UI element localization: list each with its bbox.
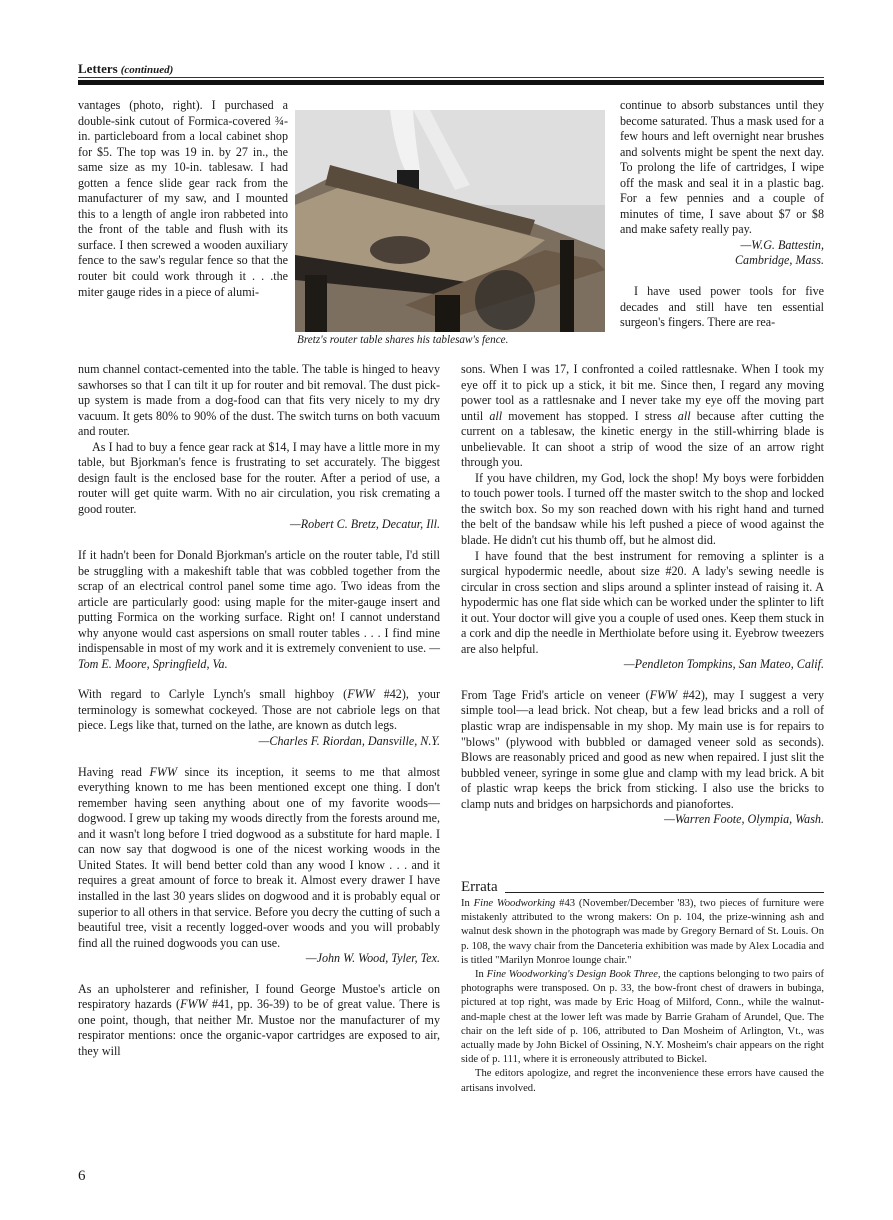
errata-rule bbox=[505, 892, 824, 893]
letter-wood: Having read FWW since its inception, it … bbox=[78, 765, 440, 952]
magazine-abbrev: FWW bbox=[180, 997, 208, 1011]
publication-title: Fine Woodworking bbox=[474, 898, 556, 909]
emphasis: all bbox=[678, 409, 691, 423]
letter-signature: —Pendleton Tompkins, San Mateo, Calif. bbox=[461, 657, 824, 673]
emphasis: all bbox=[489, 409, 502, 423]
errata-body: In Fine Woodworking #43 (November/Decemb… bbox=[461, 897, 824, 1096]
errata-text: In bbox=[475, 969, 487, 980]
letter-paragraph: vantages (photo, right). I purchased a d… bbox=[78, 98, 288, 300]
letter-body: From Tage Frid's article on veneer ( bbox=[461, 688, 650, 702]
magazine-abbrev: FWW bbox=[650, 688, 678, 702]
section-title: Letters bbox=[78, 61, 118, 76]
letter-foote: From Tage Frid's article on veneer (FWW … bbox=[461, 688, 824, 812]
router-table-image bbox=[295, 110, 605, 332]
photo-caption: Bretz's router table shares his tablesaw… bbox=[297, 334, 508, 346]
section-subtitle: (continued) bbox=[121, 64, 174, 76]
magazine-abbrev: FWW bbox=[347, 687, 375, 701]
page-number: 6 bbox=[78, 1168, 86, 1185]
letter-paragraph: I have found that the best instrument fo… bbox=[461, 549, 824, 658]
letter-battestin: As an upholsterer and refinisher, I foun… bbox=[78, 982, 440, 1060]
errata-heading: Errata bbox=[461, 879, 824, 896]
letter-signature: —W.G. Battestin, bbox=[620, 238, 824, 254]
right-column: sons. When I was 17, I confronted a coil… bbox=[461, 362, 824, 828]
letter-body: movement has stopped. I stress bbox=[502, 409, 678, 423]
letter-body: since its inception, it seems to me that… bbox=[78, 765, 440, 950]
running-header: Letters(continued) bbox=[78, 60, 824, 78]
letter-tompkins-p1: sons. When I was 17, I confronted a coil… bbox=[461, 362, 824, 471]
letter-battestin-continued: continue to absorb substances until they… bbox=[620, 98, 824, 331]
errata-paragraph: The editors apologize, and regret the in… bbox=[461, 1067, 824, 1095]
letter-bretz-top: vantages (photo, right). I purchased a d… bbox=[78, 98, 288, 300]
router-table-photo bbox=[295, 110, 605, 332]
letter-body: With regard to Carlyle Lynch's small hig… bbox=[78, 687, 347, 701]
errata-title: Errata bbox=[461, 879, 502, 895]
letter-paragraph: I have used power tools for five decades… bbox=[620, 284, 824, 331]
letter-paragraph: continue to absorb substances until they… bbox=[620, 98, 824, 238]
letter-signature: —Robert C. Bretz, Decatur, Ill. bbox=[78, 517, 440, 533]
publication-title: Fine Woodworking's Design Book Three, bbox=[487, 969, 661, 980]
errata-text: the captions belonging to two pairs of p… bbox=[461, 969, 824, 1065]
letter-body: If it hadn't been for Donald Bjorkman's … bbox=[78, 548, 440, 655]
errata-paragraph: In Fine Woodworking's Design Book Three,… bbox=[461, 968, 824, 1067]
letter-signature: —Charles F. Riordan, Dansville, N.Y. bbox=[78, 734, 440, 750]
errata-text: In bbox=[461, 898, 474, 909]
letter-signature: —John W. Wood, Tyler, Tex. bbox=[78, 951, 440, 967]
header-rule-thin bbox=[78, 77, 824, 78]
left-column: num channel contact-cemented into the ta… bbox=[78, 362, 440, 1059]
letter-moore: If it hadn't been for Donald Bjorkman's … bbox=[78, 548, 440, 672]
letter-signature-location: Cambridge, Mass. bbox=[620, 253, 824, 269]
letter-body: Having read bbox=[78, 765, 149, 779]
letter-body: #42), may I suggest a very simple tool—a… bbox=[461, 688, 824, 811]
errata-paragraph: In Fine Woodworking #43 (November/Decemb… bbox=[461, 897, 824, 968]
letter-paragraph: num channel contact-cemented into the ta… bbox=[78, 362, 440, 440]
letter-paragraph: As I had to buy a fence gear rack at $14… bbox=[78, 440, 440, 518]
letter-signature: —Warren Foote, Olympia, Wash. bbox=[461, 812, 824, 828]
magazine-abbrev: FWW bbox=[149, 765, 177, 779]
header-rule-thick bbox=[78, 80, 824, 85]
letter-riordan: With regard to Carlyle Lynch's small hig… bbox=[78, 687, 440, 734]
letter-paragraph: If you have children, my God, lock the s… bbox=[461, 471, 824, 549]
